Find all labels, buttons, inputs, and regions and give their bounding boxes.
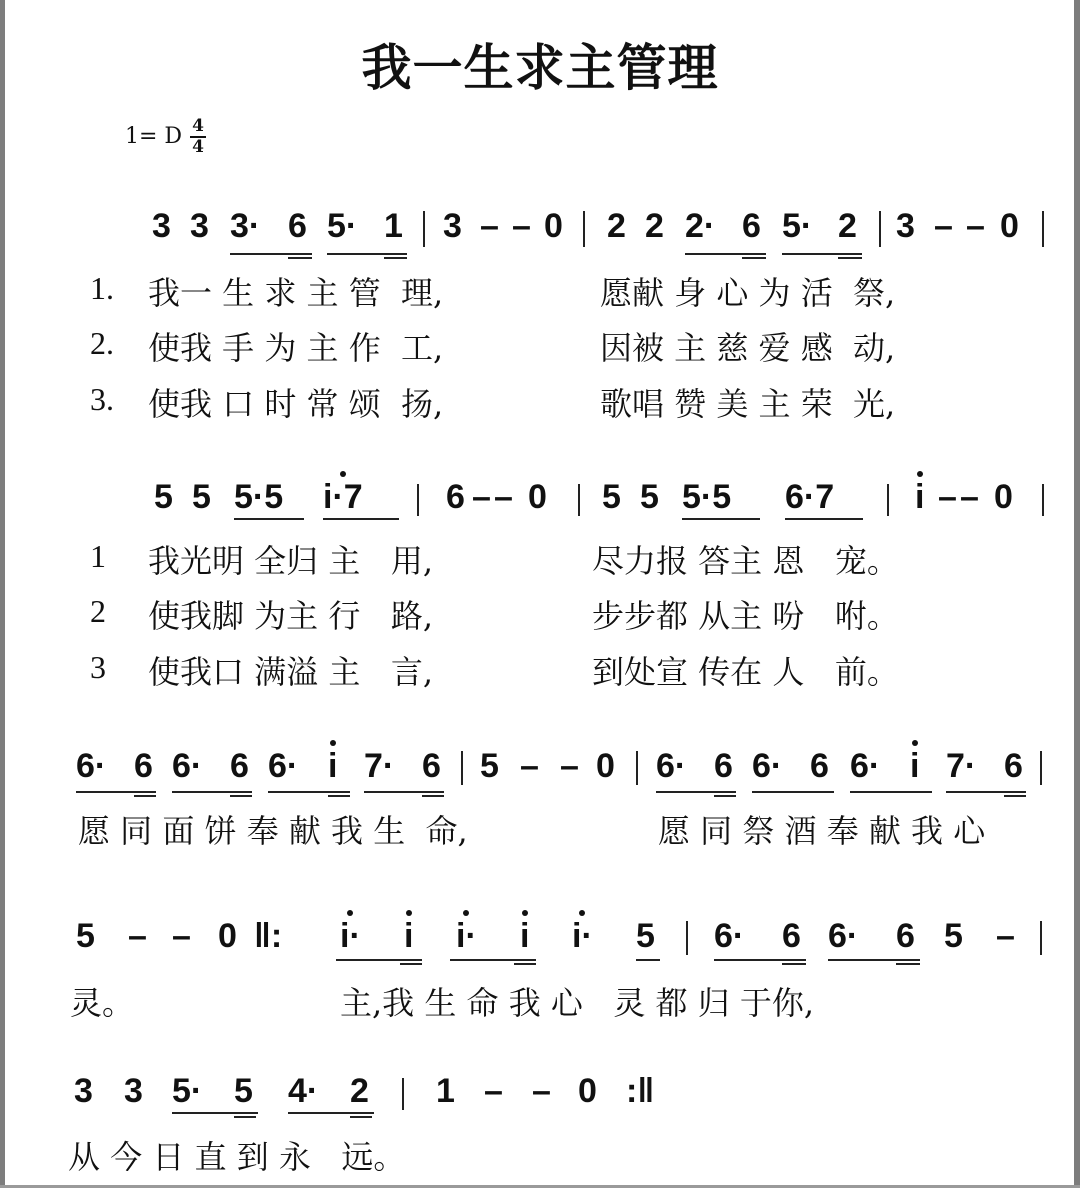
window-border-right: [1074, 0, 1080, 1188]
repeat-end-sign: :‖: [626, 1072, 654, 1111]
lyrics-line-3b: 愿 同 祭 酒 奉 献 我 心: [658, 806, 985, 852]
song-title: 我一生求主管理: [0, 28, 1080, 100]
time-signature: 4 4: [190, 118, 206, 156]
lyrics-line-3a: 愿 同 面 饼 奉 献 我 生 命,: [78, 806, 468, 852]
key-signature: 1= D 4 4: [125, 118, 206, 156]
lyrics-line-4a: 灵。: [70, 978, 134, 1024]
key-label: 1= D: [125, 124, 182, 149]
lyrics-line-5: 从 今 日 直 到 永 远。: [68, 1132, 405, 1178]
lyrics-line-4b: 主,我 生 命 我 心 灵 都 归 于你,: [340, 978, 814, 1024]
window-border-left: [0, 0, 5, 1188]
repeat-start-sign: ‖:: [254, 917, 282, 956]
